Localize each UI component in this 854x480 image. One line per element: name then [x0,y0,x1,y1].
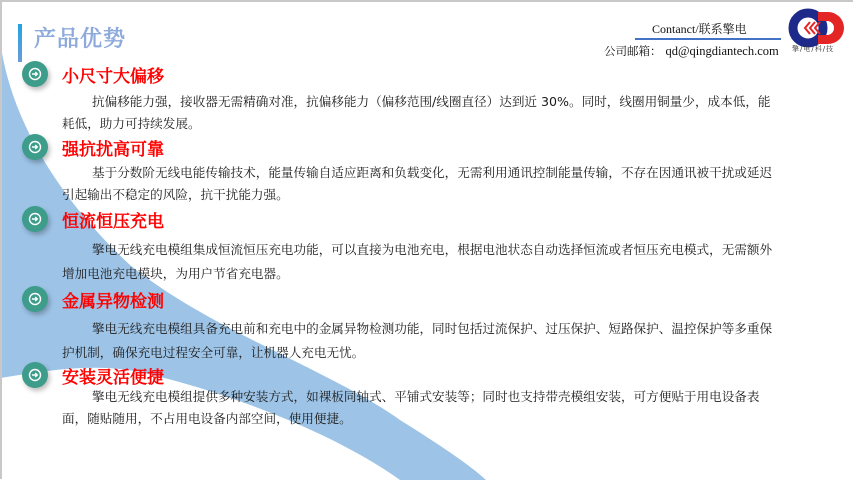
email-label: 公司邮箱： [604,44,662,58]
section-body: 擎电无线充电模组集成恒流恒压充电功能，可以直接为电池充电，根据电池状态自动选择恒… [62,238,782,286]
contact-label: Contanct/联系擎电 [652,20,747,37]
section-body: 抗偏移能力强，接收器无需精确对准，抗偏移能力（偏移范围/线圈直径）达到近 30%… [62,91,782,135]
section-body: 擎电无线充电模组具备充电前和充电中的金属异物检测功能，同时包括过流保护、过压保护… [62,317,782,365]
section-heading: 强抗扰高可靠 [62,135,164,160]
email-row: 公司邮箱：qd@qingdiantech.com [604,43,779,59]
section-heading: 恒流恒压充电 [62,207,164,232]
arrow-right-circle-icon [22,206,48,232]
section-heading: 小尺寸大偏移 [62,62,164,87]
section-body: 基于分数阶无线电能传输技术，能量传输自适应距离和负载变化，无需利用通讯控制能量传… [62,162,782,206]
section-body: 擎电无线充电模组提供多种安装方式，如裸板同轴式、平铺式安装等；同时也支持带壳模组… [62,386,782,430]
arrow-right-circle-icon [22,134,48,160]
logo-subtitle: 擎/电/科/技 [792,44,834,54]
arrow-right-circle-icon [22,362,48,388]
section-heading: 金属异物检测 [62,287,164,312]
email-link[interactable]: qd@qingdiantech.com [666,44,779,58]
arrow-right-circle-icon [22,286,48,312]
page-title: 产品优势 [34,22,126,53]
arrow-right-circle-icon [22,61,48,87]
section-heading: 安装灵活便捷 [62,363,164,388]
title-accent-bar [18,24,22,62]
contact-divider [635,38,781,40]
